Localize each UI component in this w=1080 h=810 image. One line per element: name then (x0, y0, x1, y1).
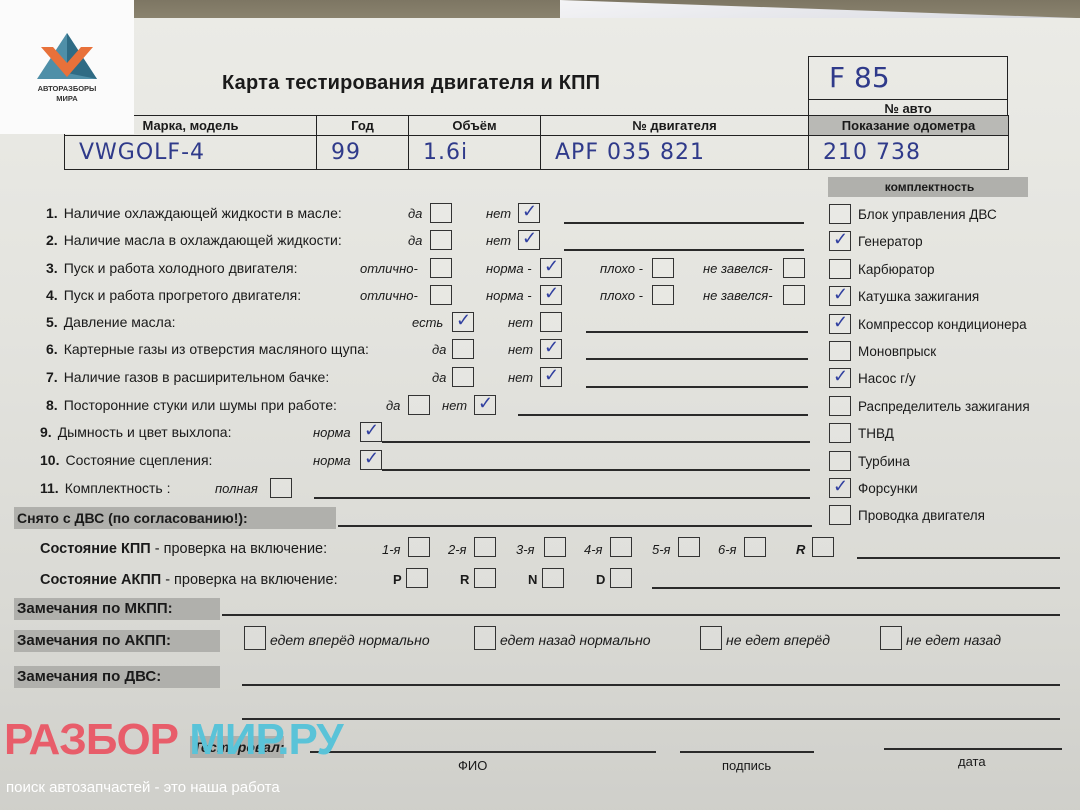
check-4-option-4-checkbox[interactable] (783, 285, 805, 305)
kpp-gear-checkbox[interactable] (744, 537, 766, 557)
akpp-gear-checkbox[interactable] (406, 568, 428, 588)
check-3-option-3-checkbox[interactable] (652, 258, 674, 278)
watermark-part1: РАЗБОР (4, 715, 178, 764)
check-2-option-2-checkbox[interactable] (518, 230, 540, 250)
akpp-line[interactable] (652, 587, 1060, 589)
check-number: 1. (46, 205, 58, 221)
check-text: Состояние сцепления: (65, 452, 212, 468)
kit-item-label: ТНВД (858, 426, 894, 441)
check-2-option-1-checkbox[interactable] (430, 230, 452, 250)
akpp-label-bold: Состояние АКПП (40, 572, 161, 588)
check-option-label: норма - (486, 261, 532, 276)
kit-item-label: Насос г/у (858, 371, 916, 386)
kit-item-label: Проводка двигателя (858, 508, 985, 523)
kpp-gear-checkbox[interactable] (678, 537, 700, 557)
check-text: Наличие масла в охлаждающей жидкости: (64, 232, 342, 248)
engine-no-field[interactable]: APF 035 821 (541, 136, 809, 170)
kpp-gear-checkbox[interactable] (544, 537, 566, 557)
check-2-label: 2.Наличие масла в охлаждающей жидкости: (46, 232, 342, 248)
kit-item-label: Карбюратор (858, 262, 935, 277)
auto-number-box: F 85 № авто (808, 56, 1008, 118)
odometer-field[interactable]: 210 738 (809, 136, 1009, 170)
kit-item-label: Катушка зажигания (858, 289, 979, 304)
sign-caption: подпись (722, 758, 771, 773)
header-odometer: Показание одометра (809, 116, 1009, 136)
kpp-label: Состояние КПП - проверка на включение: (40, 541, 327, 557)
check-8-notes-line[interactable] (518, 414, 808, 416)
brand-logo: АВТОРАЗБОРЫ МИРА (0, 0, 134, 134)
check-text: Посторонние стуки или шумы при работе: (64, 397, 337, 413)
check-option-label: нет (508, 370, 533, 385)
check-number: 10. (40, 452, 59, 468)
kpp-gear-checkbox[interactable] (408, 537, 430, 557)
check-3-option-4-checkbox[interactable] (783, 258, 805, 278)
check-7-option-2-checkbox[interactable] (540, 367, 562, 387)
check-number: 7. (46, 369, 58, 385)
check-4-option-3-checkbox[interactable] (652, 285, 674, 305)
kit-item-checkbox[interactable] (829, 423, 851, 443)
kpp-gear-checkbox[interactable] (610, 537, 632, 557)
kpp-gear-label: 6-я (718, 542, 737, 557)
check-text: Картерные газы из отверстия масляного щу… (64, 341, 369, 357)
date-caption: дата (958, 754, 986, 769)
akpp-remark-label: не едет вперёд (726, 632, 830, 648)
check-6-option-2-checkbox[interactable] (540, 339, 562, 359)
kit-item-label: Блок управления ДВС (858, 207, 997, 222)
check-option-label: да (386, 398, 400, 413)
check-7-notes-line[interactable] (586, 386, 808, 388)
remarks-dvs-line-2[interactable] (242, 718, 1060, 720)
akpp-remark-label: едет вперёд нормально (270, 632, 430, 648)
check-option-label: норма - (486, 288, 532, 303)
kpp-gear-label: 5-я (652, 542, 671, 557)
check-option-label: да (432, 370, 446, 385)
kit-item-label: Турбина (858, 454, 910, 469)
akpp-label: Состояние АКПП - проверка на включение: (40, 572, 338, 588)
kpp-gear-label: 4-я (584, 542, 603, 557)
kit-item-checkbox[interactable] (829, 341, 851, 361)
logo-line2: МИРА (0, 94, 134, 103)
check-number: 4. (46, 287, 58, 303)
check-8-label: 8.Посторонние стуки или шумы при работе: (46, 397, 337, 413)
check-text: Наличие охлаждающей жидкости в масле: (64, 205, 342, 221)
check-option-label: нет (508, 342, 533, 357)
check-5-option-2-checkbox[interactable] (540, 312, 562, 332)
kit-item-checkbox[interactable] (829, 505, 851, 525)
check-8-option-2-checkbox[interactable] (474, 395, 496, 415)
check-6-label: 6.Картерные газы из отверстия масляного … (46, 341, 369, 357)
remarks-dvs-line[interactable] (242, 684, 1060, 686)
kpp-line[interactable] (857, 557, 1060, 559)
kit-item-checkbox[interactable] (829, 314, 851, 334)
check-number: 3. (46, 260, 58, 276)
akpp-remark-label: не едет назад (906, 632, 1001, 648)
check-option-label: да (432, 342, 446, 357)
volume-field[interactable]: 1.6i (409, 136, 541, 170)
check-option-label: да (408, 206, 422, 221)
akpp-remark-label: едет назад нормально (500, 632, 651, 648)
form-title: Карта тестирования двигателя и КПП (222, 72, 600, 95)
kit-item-label: Компрессор кондиционера (858, 317, 1027, 332)
fio-caption: ФИО (458, 758, 487, 773)
kit-item-label: Моновпрыск (858, 344, 936, 359)
check-4-option-1-checkbox[interactable] (430, 285, 452, 305)
make-model-field[interactable]: VWGOLF-4 (65, 136, 317, 170)
check-option-label: нет (486, 233, 511, 248)
watermark-logo: РАЗБОР МИР.РУ (4, 715, 343, 765)
kpp-label-bold: Состояние КПП (40, 541, 151, 557)
kit-item-checkbox[interactable] (829, 451, 851, 471)
check-option-label: плохо - (600, 261, 643, 276)
check-option-label: нет (442, 398, 467, 413)
akpp-gear-checkbox[interactable] (474, 568, 496, 588)
kpp-gear-label: 3-я (516, 542, 535, 557)
check-10-option-1-checkbox[interactable] (360, 450, 382, 470)
check-number: 6. (46, 341, 58, 357)
check-4-label: 4.Пуск и работа прогретого двигателя: (46, 287, 301, 303)
date-line[interactable] (884, 748, 1062, 750)
kit-item-checkbox[interactable] (829, 204, 851, 224)
sign-line[interactable] (680, 751, 814, 753)
check-3-label: 3.Пуск и работа холодного двигателя: (46, 260, 298, 276)
akpp-gear-label: R (460, 572, 469, 587)
kit-title: комплектность (828, 177, 1028, 197)
check-5-notes-line[interactable] (586, 331, 808, 333)
check-option-label: есть (412, 315, 443, 330)
check-4-option-2-checkbox[interactable] (540, 285, 562, 305)
vehicle-info-table: Марка, модель Год Объём № двигателя Пока… (64, 115, 1009, 170)
kit-item-label: Генератор (858, 234, 923, 249)
check-option-label: не завелся- (703, 261, 773, 276)
check-option-label: плохо - (600, 288, 643, 303)
akpp-remark-checkbox[interactable] (700, 626, 722, 650)
remarks-mkpp-label: Замечания по МКПП: (14, 598, 220, 620)
akpp-remark-checkbox[interactable] (244, 626, 266, 650)
kit-item-checkbox[interactable] (829, 286, 851, 306)
check-1-option-2-checkbox[interactable] (518, 203, 540, 223)
check-option-label: нет (486, 206, 511, 221)
check-9-label: 9.Дымность и цвет выхлопа: (40, 424, 231, 440)
kpp-gear-label: R (796, 542, 805, 557)
check-number: 2. (46, 232, 58, 248)
check-8-option-1-checkbox[interactable] (408, 395, 430, 415)
header-year: Год (317, 116, 409, 136)
check-1-notes-line[interactable] (564, 222, 804, 224)
check-6-option-1-checkbox[interactable] (452, 339, 474, 359)
akpp-remark-checkbox[interactable] (474, 626, 496, 650)
kit-item-checkbox[interactable] (829, 478, 851, 498)
check-10-notes-line[interactable] (382, 469, 810, 471)
kit-item-label: Распределитель зажигания (858, 399, 1030, 414)
check-text: Давление масла: (64, 314, 176, 330)
header-volume: Объём (409, 116, 541, 136)
check-2-notes-line[interactable] (564, 249, 804, 251)
check-11-option-1-checkbox[interactable] (270, 478, 292, 498)
akpp-gear-label: N (528, 572, 537, 587)
year-field[interactable]: 99 (317, 136, 409, 170)
check-1-label: 1.Наличие охлаждающей жидкости в масле: (46, 205, 342, 221)
check-option-label: норма (313, 453, 351, 468)
check-6-notes-line[interactable] (586, 358, 808, 360)
check-option-label: норма (313, 425, 351, 440)
remarks-mkpp-line[interactable] (222, 614, 1060, 616)
kpp-gear-checkbox[interactable] (474, 537, 496, 557)
check-text: Пуск и работа прогретого двигателя: (64, 287, 301, 303)
check-option-label: отлично- (360, 288, 418, 303)
akpp-gear-label: P (393, 572, 402, 587)
fio-line[interactable] (310, 751, 656, 753)
check-option-label: да (408, 233, 422, 248)
header-engine-no: № двигателя (541, 116, 809, 136)
remarks-akpp-label: Замечания по АКПП: (14, 630, 220, 652)
check-7-label: 7.Наличие газов в расширительном бачке: (46, 369, 329, 385)
check-3-option-2-checkbox[interactable] (540, 258, 562, 278)
akpp-gear-checkbox[interactable] (610, 568, 632, 588)
check-number: 11. (40, 480, 59, 496)
kpp-gear-label: 1-я (382, 542, 401, 557)
check-option-label: полная (215, 481, 258, 496)
check-11-notes-line[interactable] (314, 497, 810, 499)
kit-item-checkbox[interactable] (829, 396, 851, 416)
akpp-remark-checkbox[interactable] (880, 626, 902, 650)
kpp-gear-label: 2-я (448, 542, 467, 557)
check-text: Дымность и цвет выхлопа: (58, 424, 232, 440)
akpp-gear-label: D (596, 572, 605, 587)
check-text: Пуск и работа холодного двигателя: (64, 260, 298, 276)
check-text: Наличие газов в расширительном бачке: (64, 369, 330, 385)
kit-item-checkbox[interactable] (829, 231, 851, 251)
removed-label: Снято с ДВС (по согласованию!): (14, 507, 336, 529)
check-11-label: 11.Комплектность : (40, 480, 171, 496)
removed-line[interactable] (338, 525, 812, 527)
logo-line1: АВТОРАЗБОРЫ (0, 84, 134, 93)
logo-mountain-icon (37, 33, 97, 81)
remarks-dvs-label: Замечания по ДВС: (14, 666, 220, 688)
check-5-option-1-checkbox[interactable] (452, 312, 474, 332)
check-5-label: 5.Давление масла: (46, 314, 176, 330)
check-text: Комплектность : (65, 480, 171, 496)
watermark-slogan: поиск автозапчастей - это наша работа (6, 779, 280, 796)
akpp-label-rest: - проверка на включение: (161, 572, 337, 588)
kpp-label-rest: - проверка на включение: (151, 541, 327, 557)
check-number: 9. (40, 424, 52, 440)
check-number: 5. (46, 314, 58, 330)
kit-item-checkbox[interactable] (829, 259, 851, 279)
kit-item-label: Форсунки (858, 481, 918, 496)
auto-number-value[interactable]: F 85 (829, 61, 890, 94)
watermark-part2: МИР.РУ (189, 715, 342, 764)
check-option-label: отлично- (360, 261, 418, 276)
akpp-gear-checkbox[interactable] (542, 568, 564, 588)
check-7-option-1-checkbox[interactable] (452, 367, 474, 387)
check-3-option-1-checkbox[interactable] (430, 258, 452, 278)
check-1-option-1-checkbox[interactable] (430, 203, 452, 223)
check-10-label: 10.Состояние сцепления: (40, 452, 212, 468)
kit-item-checkbox[interactable] (829, 368, 851, 388)
check-9-notes-line[interactable] (382, 441, 810, 443)
kpp-gear-checkbox[interactable] (812, 537, 834, 557)
check-option-label: нет (508, 315, 533, 330)
check-number: 8. (46, 397, 58, 413)
check-9-option-1-checkbox[interactable] (360, 422, 382, 442)
check-option-label: не завелся- (703, 288, 773, 303)
